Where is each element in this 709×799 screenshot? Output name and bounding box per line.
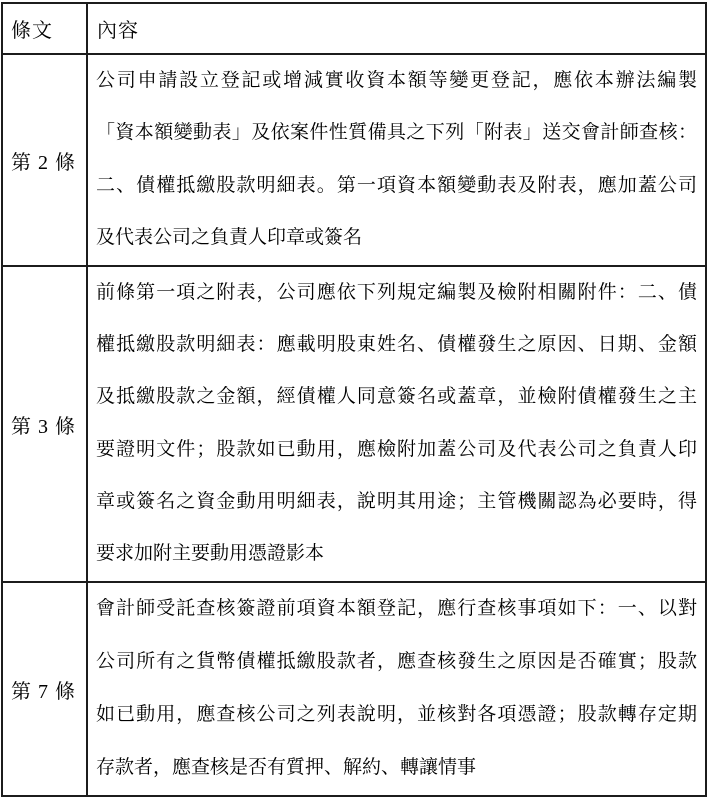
content-line: 公司申請設立登記或增減實收資本額等變更登記，應依本辦法編製 (96, 55, 697, 108)
header-label-content: 內容 (97, 14, 139, 43)
content-line-text: 二、債權抵繳股款明細表。第一項資本額變動表及附表，應加蓋公司 (96, 175, 697, 198)
content-line-text: 存款者，應查核是否有質押、解約、轉讓情事 (96, 757, 697, 780)
article-label: 第 3 條 (11, 410, 76, 439)
article-label: 第 7 條 (11, 675, 76, 704)
content-line-text: 要證明文件；股款如已動用，應檢附加蓋公司及代表公司之負責人印 (96, 439, 697, 462)
content-line-text: 「資本額變動表」及依案件性質備具之下列「附表」送交會計師查核： (96, 122, 697, 145)
article-cell-2: 第 2 條 (3, 55, 88, 267)
header-cell-article: 條文 (3, 4, 88, 55)
content-line: 要求加附主要動用憑證影本 (96, 529, 697, 581)
article-cell-7: 第 7 條 (3, 583, 88, 795)
content-line-text: 章或簽名之資金動用明細表，說明其用途；主管機關認為必要時，得 (96, 491, 697, 514)
content-line: 如已動用，應查核公司之列表說明，並核對各項憑證；股款轉存定期 (96, 689, 697, 742)
content-line-text: 公司所有之貨幣債權抵繳股款者，應查核發生之原因是否確實；股款 (96, 651, 697, 674)
content-line: 「資本額變動表」及依案件性質備具之下列「附表」送交會計師查核： (96, 108, 697, 161)
content-line: 會計師受託查核簽證前項資本額登記，應行查核事項如下：一、以對 (96, 583, 697, 636)
article-cell-3: 第 3 條 (3, 267, 88, 583)
content-line: 及代表公司之負責人印章或簽名 (96, 213, 697, 266)
content-cell-article-2: 公司申請設立登記或增減實收資本額等變更登記，應依本辦法編製 「資本額變動表」及依… (88, 55, 705, 267)
content-line-text: 要求加附主要動用憑證影本 (96, 543, 697, 566)
content-line: 要證明文件；股款如已動用，應檢附加蓋公司及代表公司之負責人印 (96, 424, 697, 476)
content-line-text: 及抵繳股款之金額，經債權人同意簽名或蓋章，並檢附債權發生之主 (96, 386, 697, 409)
content-line-text: 權抵繳股款明細表：應載明股東姓名、債權發生之原因、日期、金額 (96, 334, 697, 357)
content-line-text: 會計師受託查核簽證前項資本額登記，應行查核事項如下：一、以對 (96, 598, 697, 621)
content-line-text: 及代表公司之負責人印章或簽名 (96, 227, 697, 250)
content-line-text: 如已動用，應查核公司之列表說明，並核對各項憑證；股款轉存定期 (96, 704, 697, 727)
content-line: 權抵繳股款明細表：應載明股東姓名、債權發生之原因、日期、金額 (96, 319, 697, 371)
content-line: 前條第一項之附表，公司應依下列規定編製及檢附相關附件：二、債 (96, 267, 697, 319)
header-label-article: 條文 (11, 14, 53, 43)
content-line-text: 前條第一項之附表，公司應依下列規定編製及檢附相關附件：二、債 (96, 282, 697, 305)
law-articles-table: 條文 內容 第 2 條 公司申請設立登記或增減實收資本額等變更登記，應依本辦法編… (1, 2, 707, 797)
content-cell-article-7: 會計師受託查核簽證前項資本額登記，應行查核事項如下：一、以對 公司所有之貨幣債權… (88, 583, 705, 795)
article-label: 第 2 條 (11, 146, 76, 175)
content-line: 及抵繳股款之金額，經債權人同意簽名或蓋章，並檢附債權發生之主 (96, 372, 697, 424)
header-cell-content: 內容 (88, 4, 705, 55)
content-line: 二、債權抵繳股款明細表。第一項資本額變動表及附表，應加蓋公司 (96, 160, 697, 213)
content-line: 章或簽名之資金動用明細表，說明其用途；主管機關認為必要時，得 (96, 476, 697, 528)
document-page: 條文 內容 第 2 條 公司申請設立登記或增減實收資本額等變更登記，應依本辦法編… (0, 0, 709, 799)
content-line: 公司所有之貨幣債權抵繳股款者，應查核發生之原因是否確實；股款 (96, 636, 697, 689)
content-cell-article-3: 前條第一項之附表，公司應依下列規定編製及檢附相關附件：二、債 權抵繳股款明細表：… (88, 267, 705, 583)
content-line-text: 公司申請設立登記或增減實收資本額等變更登記，應依本辦法編製 (96, 70, 697, 93)
content-line: 存款者，應查核是否有質押、解約、轉讓情事 (96, 742, 697, 795)
